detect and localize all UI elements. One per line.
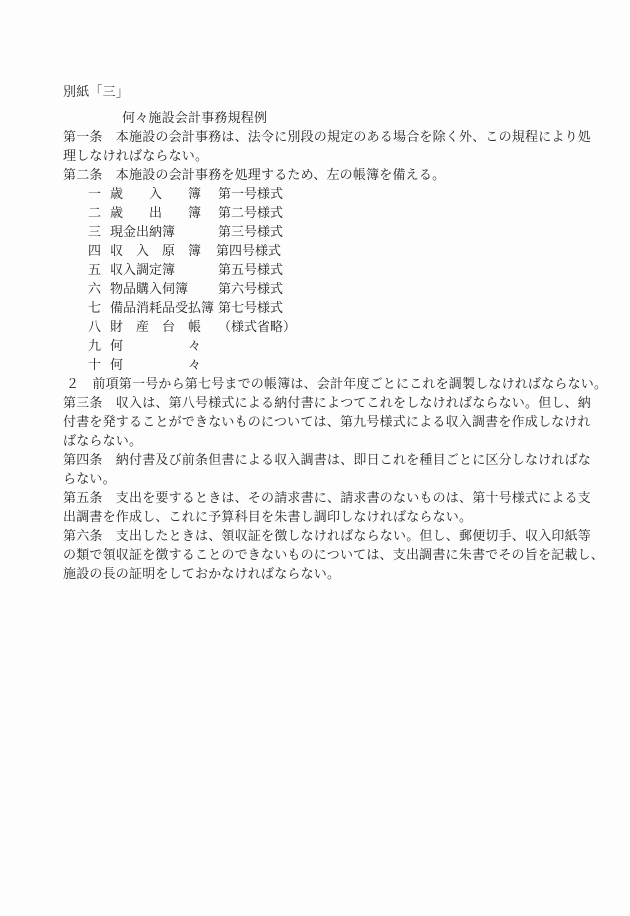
ledger-name: 何 々 (110, 337, 201, 356)
ledger-form: 第六号様式 (218, 280, 283, 299)
ledger-name: 収入調定簿 (110, 261, 175, 280)
ledger-form: 第四号様式 (216, 242, 281, 261)
article-1-line-1: 第一条 本施設の会計事務は、法令に別段の規定のある場合を除く外、この規程により処 (63, 128, 591, 147)
document-title: 何々施設会計事務規程例 (122, 109, 267, 128)
article-4-line-2: らない。 (63, 470, 116, 489)
ledger-number: 十 (88, 356, 101, 375)
ledger-number: 五 (88, 261, 101, 280)
ledger-name: 歳 入 簿 (110, 185, 201, 204)
ledger-name: 現金出納簿 (110, 223, 175, 242)
article-1-line-2: 理しなければならない。 (63, 147, 208, 166)
article-3-line-3: ばならない。 (63, 432, 142, 451)
article-5-line-1: 第五条 支出を要するときは、その請求書に、請求書のないものは、第十号様式による支 (63, 489, 591, 508)
attachment-label: 別紙「三」 (63, 83, 129, 102)
article-6-line-3: 施設の長の証明をしておかなければならない。 (63, 565, 340, 584)
article-6-line-2: の類で領収証を徴することのできないものについては、支出調書に朱書でその旨を記載し… (63, 546, 604, 565)
ledger-number: 八 (88, 318, 101, 337)
ledger-number: 一 (88, 185, 101, 204)
ledger-number: 二 (88, 204, 101, 223)
article-3-line-1: 第三条 収入は、第八号様式による納付書によつてこれをしなければならない。但し、納 (63, 394, 591, 413)
ledger-number: 九 (88, 337, 101, 356)
paragraph-2: ２ 前項第一号から第七号までの帳簿は、会計年度ごとにこれを調製しなければならない… (66, 375, 607, 394)
ledger-name: 物品購入伺簿 (110, 280, 188, 299)
article-3-line-2: 付書を発することができないものについては、第九号様式による収入調書を作成しなけれ (63, 413, 591, 432)
ledger-form: 第五号様式 (218, 261, 283, 280)
ledger-form: （様式省略） (218, 318, 296, 337)
ledger-name: 財 産 台 帳 (110, 318, 201, 337)
article-2-line-1: 第二条 本施設の会計事務を処理するため、左の帳簿を備える。 (63, 166, 445, 185)
ledger-name: 備品消耗品受払簿 (110, 299, 214, 318)
ledger-number: 三 (88, 223, 101, 242)
ledger-name: 何 々 (110, 356, 201, 375)
article-5-line-2: 出調書を作成し、これに予算科目を朱書し調印しなければならない。 (63, 508, 472, 527)
ledger-number: 六 (88, 280, 101, 299)
ledger-number: 四 (88, 242, 101, 261)
article-6-line-1: 第六条 支出したときは、領収証を徴しなければならない。但し、郵便切手、収入印紙等 (63, 527, 591, 546)
ledger-name: 収 入 原 簿 (110, 242, 201, 261)
article-4-line-1: 第四条 納付書及び前条但書による収入調書は、即日これを種目ごとに区分しなければな (63, 451, 591, 470)
ledger-form: 第一号様式 (218, 185, 283, 204)
ledger-name: 歳 出 簿 (110, 204, 201, 223)
ledger-form: 第三号様式 (218, 223, 283, 242)
ledger-form: 第二号様式 (218, 204, 283, 223)
ledger-form: 第七号様式 (218, 299, 283, 318)
ledger-number: 七 (88, 299, 101, 318)
